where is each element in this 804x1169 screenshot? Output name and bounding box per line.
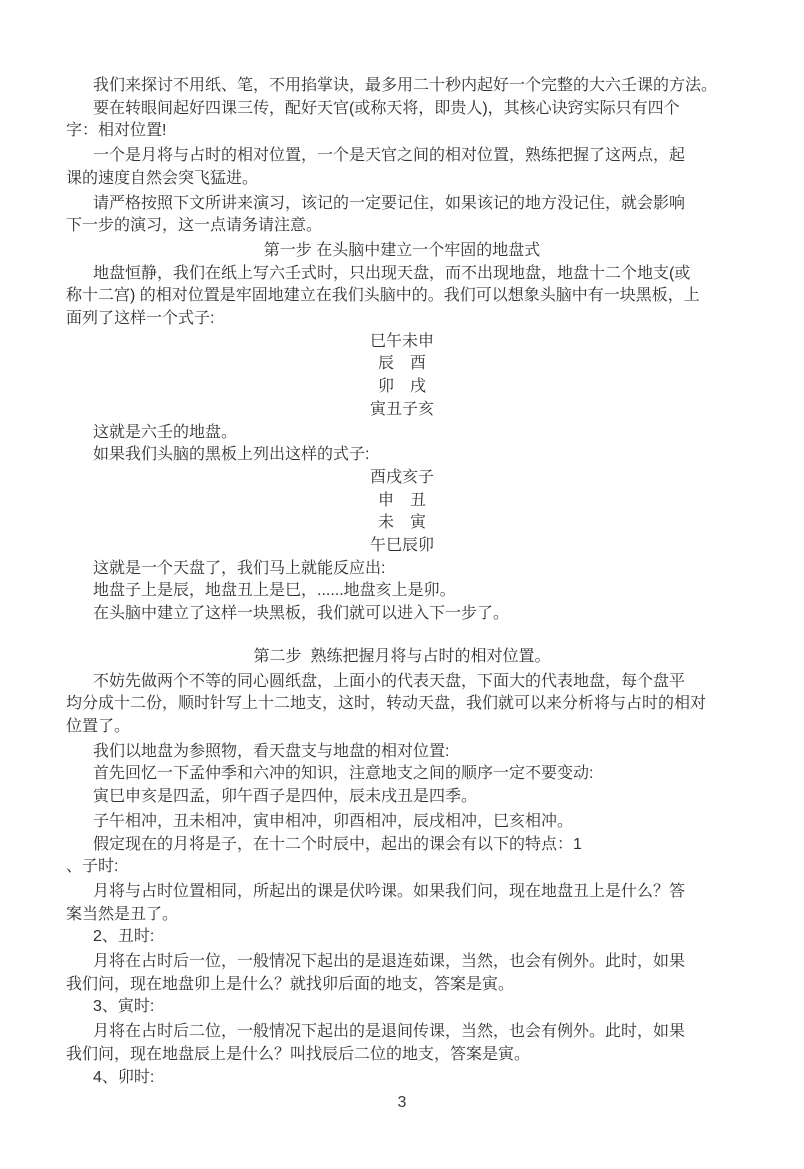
text-line: 月将与占时位置相同，所起出的课是伏吟课。如果我们问，现在地盘丑上是什么？答: [66, 881, 738, 904]
text-line: 要在转眼间起好四课三传，配好天官(或称天将，即贵人)，其核心诀窍实际只有四个: [66, 98, 738, 121]
diagram-row: 未 寅: [66, 512, 738, 535]
text-line: 案当然是丑了。: [66, 904, 738, 927]
text-line: 3、寅时:: [66, 996, 738, 1019]
text-line: 、子时:: [66, 856, 738, 879]
text-line: 寅巳申亥是四孟，卯午酉子是四仲，辰未戌丑是四季。: [66, 786, 738, 809]
text-line: 一个是月将与占时的相对位置，一个是天官之间的相对位置，熟练把握了这两点，起: [66, 145, 738, 168]
diagram-row: 巳午未申: [66, 331, 738, 354]
document-page: 我们来探讨不用纸、笔，不用掐掌诀，最多用二十秒内起好一个完整的大六壬课的方法。要…: [0, 0, 804, 1169]
text-line: 课的速度自然会突飞猛进。: [66, 168, 738, 191]
text-line: 地盘恒静，我们在纸上写六壬式时，只出现天盘，而不出现地盘，地盘十二个地支(或: [66, 263, 738, 286]
document-text-body: 我们来探讨不用纸、笔，不用掐掌诀，最多用二十秒内起好一个完整的大六壬课的方法。要…: [66, 75, 738, 1089]
text-line: 不妨先做两个不等的同心圆纸盘，上面小的代表天盘，下面大的代表地盘，每个盘平: [66, 671, 738, 694]
text-line: 假定现在的月将是子，在十二个时辰中，起出的课会有以下的特点：1: [66, 834, 738, 857]
diagram-row: 申 丑: [66, 490, 738, 513]
text-line: 子午相冲，丑未相冲，寅申相冲，卯酉相冲，辰戌相冲，巳亥相冲。: [66, 811, 738, 834]
text-line: 我们问，现在地盘辰上是什么？叫找辰后二位的地支，答案是寅。: [66, 1044, 738, 1067]
text-line: 这就是一个天盘了，我们马上就能反应出:: [66, 558, 738, 581]
text-line: 如果我们头脑的黑板上列出这样的式子:: [66, 444, 738, 467]
text-line: 位置了。: [66, 716, 738, 739]
text-line: 我们问，现在地盘卯上是什么？就找卯后面的地支，答案是寅。: [66, 974, 738, 997]
text-line: 字：相对位置!: [66, 120, 738, 143]
text-line: 均分成十二份，顺时针写上十二地支，这时，转动天盘，我们就可以来分析将与占时的相对: [66, 693, 738, 716]
text-line: 这就是六壬的地盘。: [66, 422, 738, 445]
diagram-row: 寅丑子亥: [66, 399, 738, 422]
text-line: 4、卯时:: [66, 1067, 738, 1090]
diagram-row: 卯 戌: [66, 376, 738, 399]
text-line: 称十二宫) 的相对位置是牢固地建立在我们头脑中的。我们可以想象头脑中有一块黑板，…: [66, 285, 738, 308]
page-number: 3: [66, 1092, 738, 1115]
text-line: 在头脑中建立了这样一块黑板，我们就可以进入下一步了。: [66, 603, 738, 626]
diagram-row: 酉戌亥子: [66, 467, 738, 490]
text-line: 我们以地盘为参照物，看天盘支与地盘的相对位置:: [66, 741, 738, 764]
text-line: 地盘子上是辰，地盘丑上是巳，......地盘亥上是卯。: [66, 580, 738, 603]
text-line: 2、丑时:: [66, 926, 738, 949]
text-line: 月将在占时后一位，一般情况下起出的是退连茹课，当然，也会有例外。此时，如果: [66, 951, 738, 974]
section-heading: 第二步 熟练把握月将与占时的相对位置。: [66, 646, 738, 669]
section-heading: 第一步 在头脑中建立一个牢固的地盘式: [66, 240, 738, 263]
text-line: 首先回忆一下孟仲季和六冲的知识，注意地支之间的顺序一定不要变动:: [66, 763, 738, 786]
diagram-row: 午巳辰卯: [66, 535, 738, 558]
diagram-row: 辰 酉: [66, 353, 738, 376]
text-line: 下一步的演习，这一点请务请注意。: [66, 215, 738, 238]
text-line: 我们来探讨不用纸、笔，不用掐掌诀，最多用二十秒内起好一个完整的大六壬课的方法。: [66, 75, 738, 98]
text-line: 请严格按照下文所讲来演习，该记的一定要记住，如果该记的地方没记住，就会影响: [66, 193, 738, 216]
text-line: 面列了这样一个式子:: [66, 308, 738, 331]
text-line: 月将在占时后二位，一般情况下起出的是退间传课，当然，也会有例外。此时，如果: [66, 1021, 738, 1044]
